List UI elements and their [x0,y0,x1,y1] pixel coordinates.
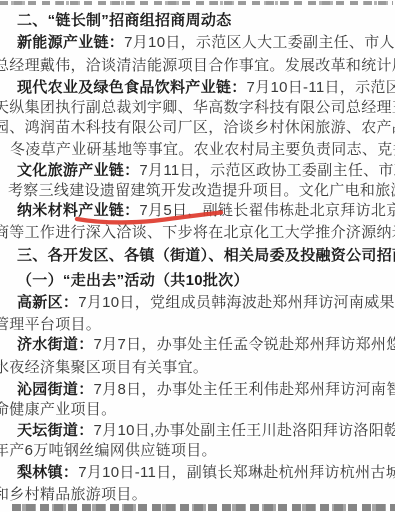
paragraph-line: 管理平台项目。 [0,316,101,333]
paragraph-culture-tourism: 文化旅游产业链：7月11日，示范区政协工委副主任、市政协副主席曹磊接待沁阳市政协… [17,162,395,179]
paragraph-line: 冬凌草产业研基地等事宜。农业农村局主要负责同志、克井镇、承留镇参加。 [10,141,395,158]
paragraph-gaoxin-district: 高新区：7月10日，党组成员韩海波赴郑州拜访河南威果智能科技有限公司总经理金鑫，… [17,294,395,311]
paragraph-nano-material: 纳米材料产业链：7月5日，副链长翟伟栋赴北京拜访北京化工大学科技园，双方就项目合… [17,202,395,219]
paragraph-lilin-town: 梨林镇：7月10日-11日，副镇长郑琳赴杭州拜访杭州古城控股有限公司副董事长杨丹… [17,464,395,481]
section-heading-2: 二、“链长制”招商组招商周动态 [17,12,232,29]
paragraph-line: 园、鸿润苗木科技有限公司厂区，洽谈乡村休闲旅游、农产品线上销售以及玉阳山核桃公园… [0,119,395,136]
paragraph-line: 命健康产业项目。 [0,401,116,418]
paragraph-jishui-street: 济水街道：7月7日，办事处主任孟令锐赴郑州拜访郑州悠哉文化传播有限公司总经理杨振… [17,336,395,353]
clipped-text-bottom [12,504,395,511]
clipped-text-top [0,1,393,5]
paragraph-line: 商等工作进行深入洽谈、下步将在北京化工大学推介济源纳米材料产业园，吸引优质项目来… [0,224,395,241]
paragraph-tiantan-street: 天坛街道：7月10日,办事处副主任王川赴洛阳拜访洛阳乾元供应链管理有限公司副总经… [17,422,395,439]
paragraph-agriculture: 现代农业及绿色食品饮料产业链：7月10日-11日，示范区政协工委副主任、市政协副… [17,79,395,96]
paragraph-line: 水夜经济集聚区项目有关事宜。 [0,359,208,376]
paragraph-qinyuan-street: 沁园街道：7月8日，办事处主任王利伟赴郑州拜访河南智道创源商贸有限公司总经理谢卫… [17,381,395,398]
section-heading-3: 三、各开发区、各镇（街道）、相关局委及投融资公司招商周动态 [17,247,395,264]
subsection-heading-going-out: （一）“走出去”活动（共10批次） [17,272,249,289]
paragraph-line: 总经理戴伟，洽谈清洁能源项目合作事宜。发展改革和统计局、水投公司等单位主要负责同… [0,57,395,74]
paragraph-line: 和乡村精品旅游项目。 [0,486,147,503]
paragraph-new-energy: 新能源产业链：7月10日，示范区人大工委副主任、市人大常委会副主任卢多璋接待中石… [17,34,395,51]
paragraph-line: 天纵集团执行副总裁刘宇卿、华高数字科技有限公司总经理王钧一行，参观考察承留镇玉阳… [0,99,395,116]
paragraph-line: 年产6万吨钢丝编网供应链项目。 [0,442,217,459]
paragraph-line: 考察三线建设遗留建筑开发改造提升项目。文化广电和旅游局主要负责同志参加。 [8,182,395,199]
